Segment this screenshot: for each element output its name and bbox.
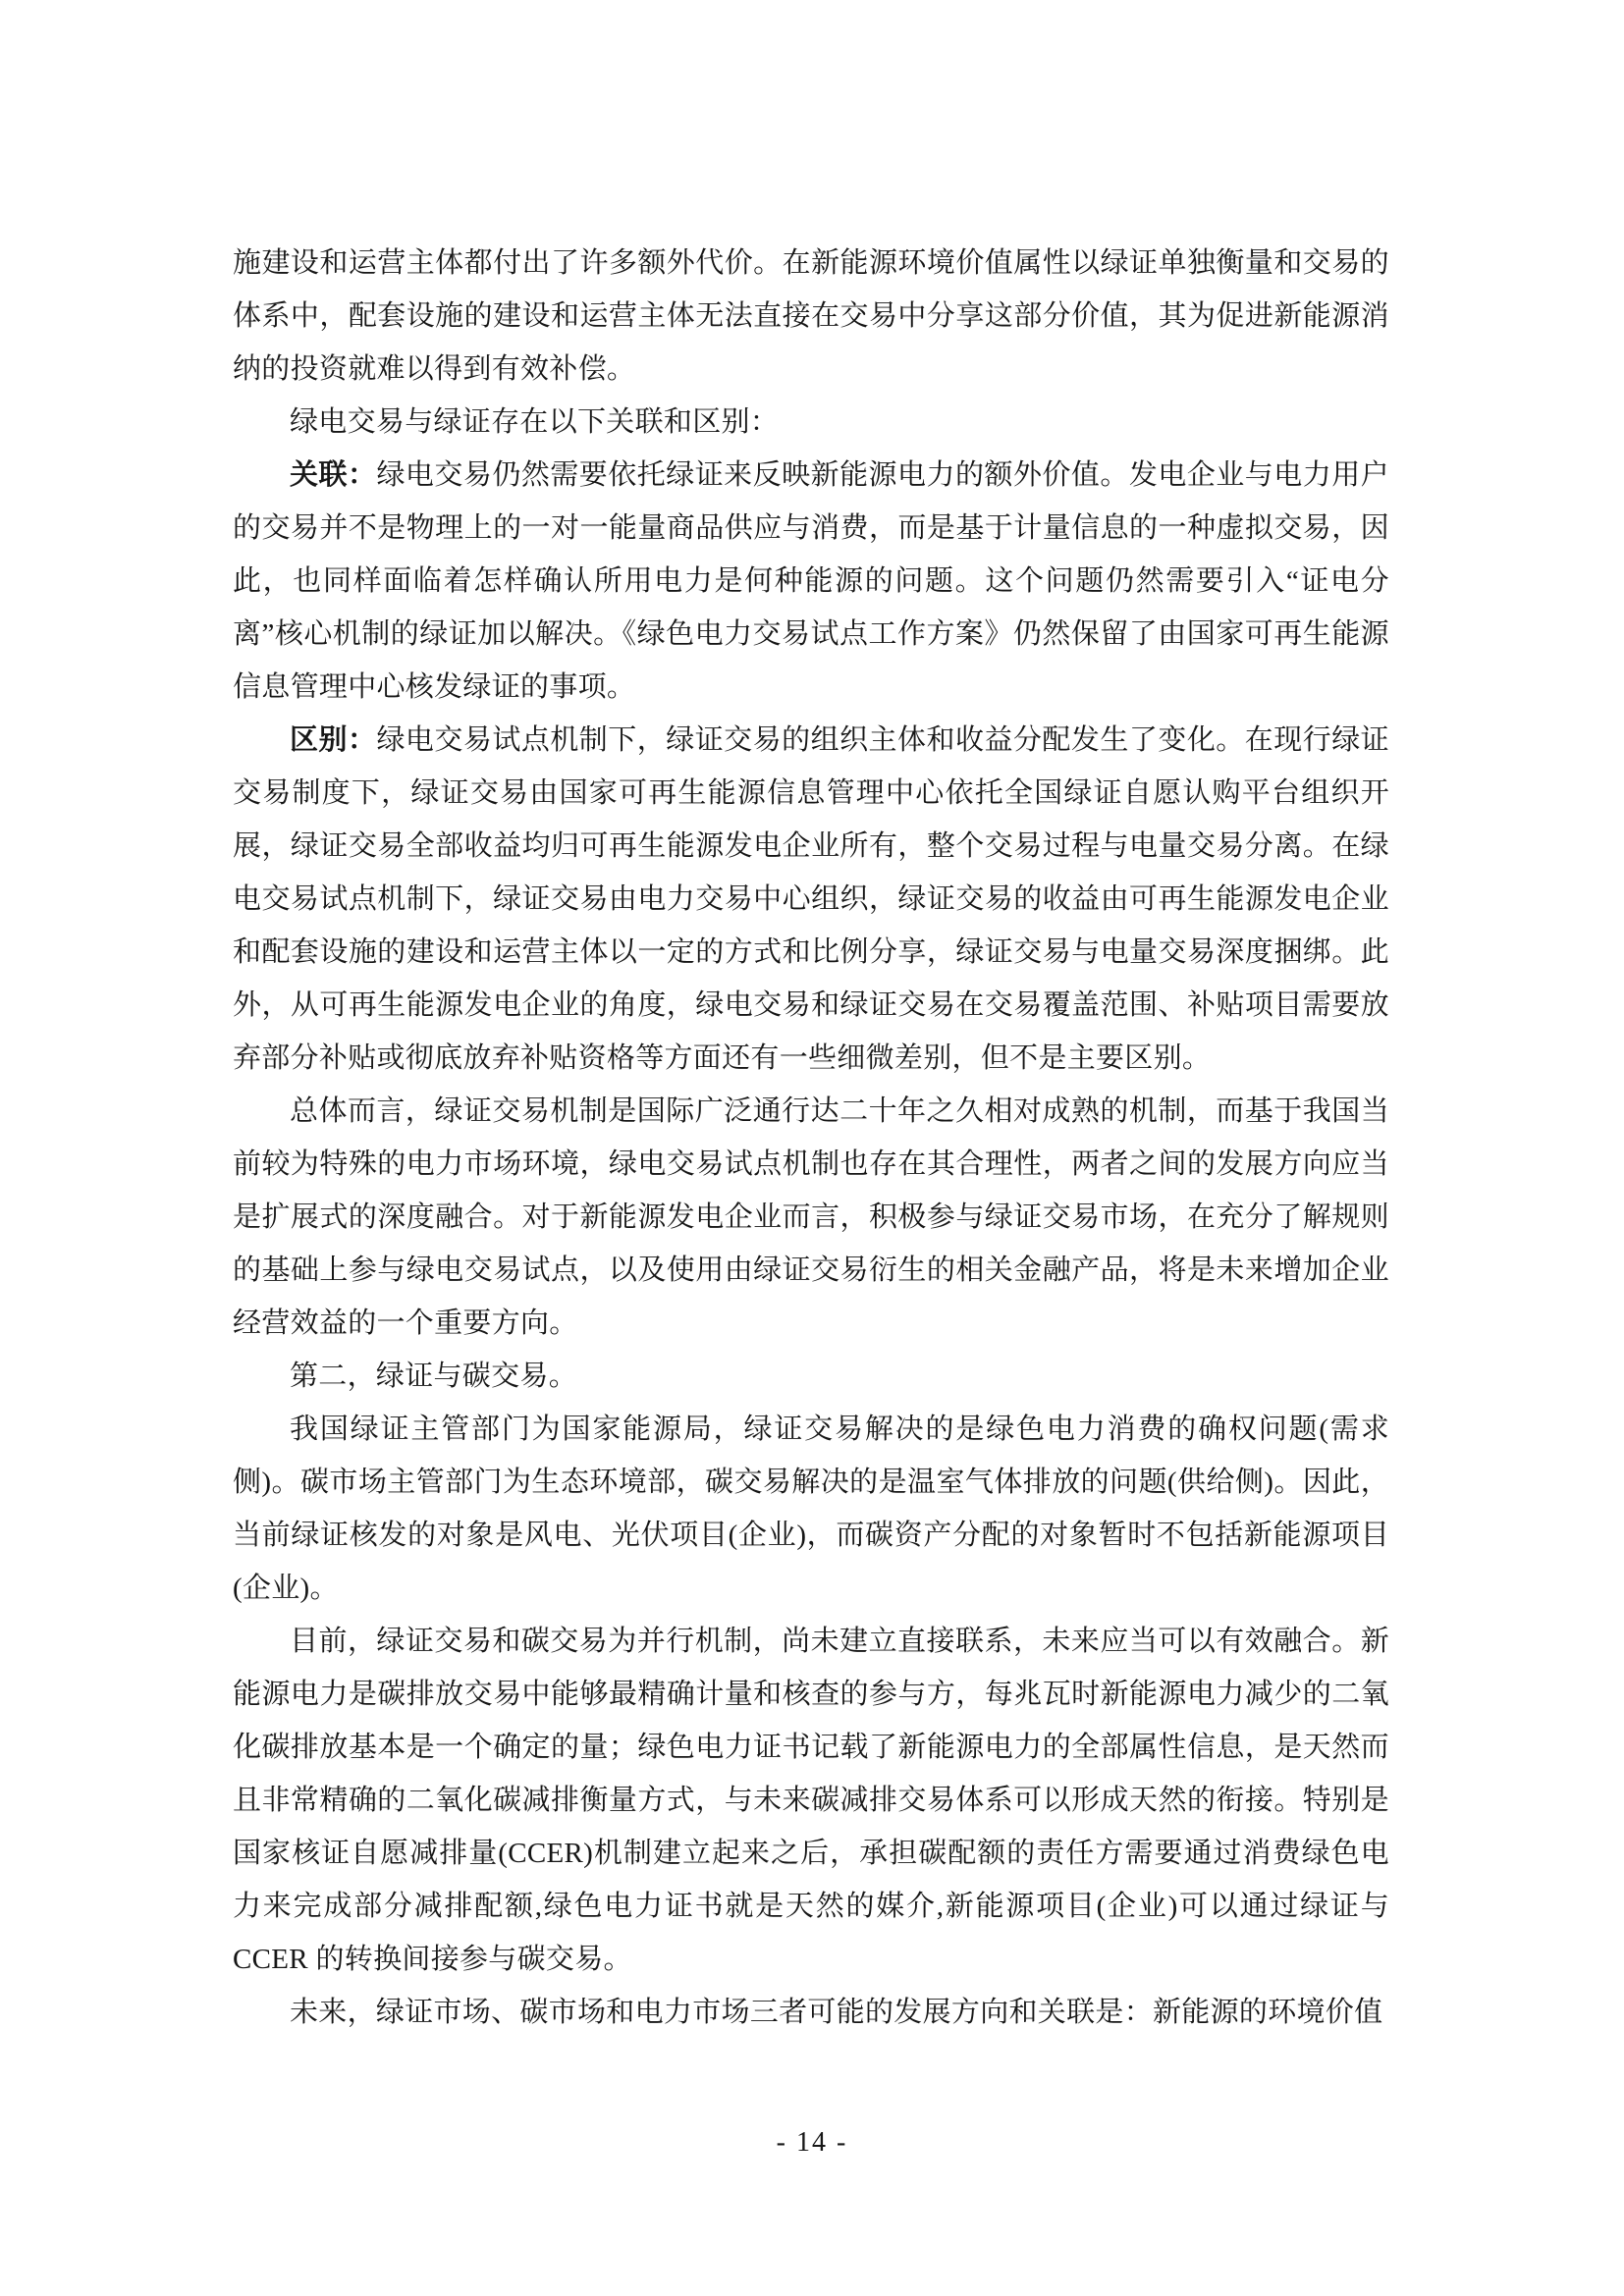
paragraph: 我国绿证主管部门为国家能源局，绿证交易解决的是绿色电力消费的确权问题(需求侧)。… (233, 1403, 1389, 1615)
paragraph-lead: 关联： (290, 459, 376, 491)
paragraph: 未来，绿证市场、碳市场和电力市场三者可能的发展方向和关联是：新能源的环境价值 (233, 1986, 1389, 2039)
paragraph-text: 绿电交易试点机制下，绿证交易的组织主体和收益分配发生了变化。在现行绿证交易制度下… (233, 724, 1389, 1074)
document-page: 施建设和运营主体都付出了许多额外代价。在新能源环境价值属性以绿证单独衡量和交易的… (0, 0, 1624, 2296)
paragraph: 目前，绿证交易和碳交易为并行机制，尚未建立直接联系，未来应当可以有效融合。新能源… (233, 1615, 1389, 1986)
paragraph-lead: 区别： (290, 724, 376, 756)
paragraph-text: 我国绿证主管部门为国家能源局，绿证交易解决的是绿色电力消费的确权问题(需求侧)。… (233, 1414, 1389, 1604)
paragraph: 施建设和运营主体都付出了许多额外代价。在新能源环境价值属性以绿证单独衡量和交易的… (233, 237, 1389, 396)
paragraph: 绿电交易与绿证存在以下关联和区别： (233, 396, 1389, 449)
paragraph-text: 施建设和运营主体都付出了许多额外代价。在新能源环境价值属性以绿证单独衡量和交易的… (233, 247, 1389, 385)
paragraph-text: 目前，绿证交易和碳交易为并行机制，尚未建立直接联系，未来应当可以有效融合。新能源… (233, 1626, 1389, 1975)
paragraph: 区别：绿电交易试点机制下，绿证交易的组织主体和收益分配发生了变化。在现行绿证交易… (233, 714, 1389, 1085)
document-body: 施建设和运营主体都付出了许多额外代价。在新能源环境价值属性以绿证单独衡量和交易的… (233, 237, 1389, 2039)
paragraph-text: 绿电交易与绿证存在以下关联和区别： (290, 406, 779, 438)
page-number: - 14 - (0, 2126, 1624, 2160)
paragraph: 总体而言，绿证交易机制是国际广泛通行达二十年之久相对成熟的机制，而基于我国当前较… (233, 1085, 1389, 1350)
paragraph: 第二，绿证与碳交易。 (233, 1350, 1389, 1403)
paragraph-text: 绿电交易仍然需要依托绿证来反映新能源电力的额外价值。发电企业与电力用户的交易并不… (233, 459, 1389, 703)
paragraph-text: 总体而言，绿证交易机制是国际广泛通行达二十年之久相对成熟的机制，而基于我国当前较… (233, 1095, 1389, 1339)
paragraph-text: 第二，绿证与碳交易。 (290, 1361, 577, 1392)
paragraph: 关联：绿电交易仍然需要依托绿证来反映新能源电力的额外价值。发电企业与电力用户的交… (233, 449, 1389, 714)
paragraph-text: 未来，绿证市场、碳市场和电力市场三者可能的发展方向和关联是：新能源的环境价值 (290, 1997, 1382, 2028)
